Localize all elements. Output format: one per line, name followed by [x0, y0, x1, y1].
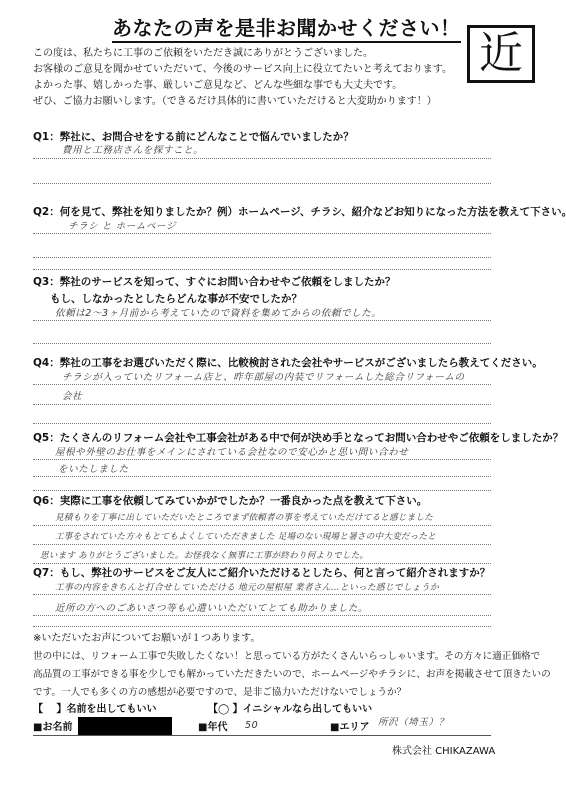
question-2-label: Q2：何を見て、弊社を知りましたか？例）ホームページ、チラシ、紹介などお知りにな… [33, 205, 566, 219]
option-name-checkbox[interactable]: 【 】名前を出してもいい [33, 703, 156, 716]
question-5-label: Q5：たくさんのリフォーム会社や工事会社がある中で何が決め手となってお問い合わせ… [33, 431, 563, 445]
request-note: ※いただいたお声についてお願いが１つあります。 [33, 632, 260, 645]
answer-rule [33, 459, 491, 460]
request-text-line: 世の中には、リフォーム工事で失敗したくない！と思っている方がたくさんいらっしゃい… [33, 650, 540, 663]
question-7-label: Q7：もし、弊社のサービスをご友人にご紹介いただけるとしたら、何と言って紹介され… [33, 566, 490, 580]
answer-rule [33, 233, 491, 234]
name-field-redacted [78, 717, 172, 735]
answer-1-line: 費用と工務店さんを探すこと。 [62, 145, 203, 157]
company-logo: 近 [467, 25, 535, 83]
logo-kanji: 近 [479, 32, 523, 76]
answer-6-line: 工事をされていた方々もとてもよくしていただきました 足場のない現場と暑さの中大変… [55, 531, 436, 543]
answer-3-line: 依頼は2〜3ヶ月前から考えていたので資料を集めてからの依頼でした。 [55, 308, 381, 320]
name-field-label: ■お名前 [33, 721, 72, 734]
company-name: 株式会社 CHIKAZAWA [392, 742, 495, 757]
area-field-value: 所沢（埼玉）？ [378, 717, 449, 729]
question-1-label: Q1：弊社に、お問合せをする前にどんなことで悩んでいましたか？ [33, 130, 354, 144]
answer-4-line: 会社 [62, 391, 82, 403]
intro-line: この度は、私たちに工事のご依頼をいただき誠にありがとうございました。 [33, 47, 373, 60]
answer-rule [33, 404, 491, 405]
request-text-line: 高品質の工事ができる事を少しでも解かっていただきたいので、ホームページやチラシに… [33, 668, 551, 681]
question-4-label: Q4：弊社の工事をお選びいただく際に、比較検討された会社やサービスがございました… [33, 356, 543, 370]
option-initial-checkbox[interactable]: 【◯ 】イニシャルなら出してもいい [208, 703, 372, 716]
answer-rule [33, 269, 491, 270]
answer-rule [33, 320, 491, 321]
answer-rule [33, 525, 491, 526]
question-6-label: Q6：実際に工事を依頼してみていかがでしたか？一番良かった点を教えて下さい。 [33, 494, 427, 508]
answer-rule [33, 343, 491, 344]
answer-4-line: チラシが入っていたリフォーム店と、昨年部屋の内装でリフォームした総合リフォームの [62, 372, 465, 384]
intro-line: ぜひ、ご協力お願いします。（できるだけ具体的に書いていただけると大変助かります！… [33, 95, 437, 108]
answer-2-line: チラシ と ホームページ [68, 221, 176, 233]
answer-rule [33, 183, 491, 184]
answer-rule [33, 626, 491, 627]
answer-5-line: 屋根や外壁のお仕事をメインにされている会社なので安心かと思い問い合わせ [55, 447, 408, 459]
answer-7-line: 工事の内容をきちんと打合せしていただける 地元の屋根屋 業者さん…といった感じで… [55, 582, 439, 594]
intro-line: よかった事、嬉しかった事、厳しいご意見など、どんな些細な事でも大丈夫です。 [33, 79, 402, 92]
request-text-line: です。一人でも多くの方の感想が必要ですので、是非ご協力いただけないでしょうか？ [33, 686, 406, 699]
answer-rule [33, 615, 491, 616]
answer-6-line: 見積もりを丁寧に出していただいたところでまず依頼者の事を考えていただけてると感じ… [55, 512, 433, 524]
answer-rule [33, 423, 491, 424]
question-3-label: Q3：弊社のサービスを知って、すぐにお問い合わせやご依頼をしましたか？ [33, 275, 396, 289]
fields-underline [33, 735, 491, 736]
question-3-sub: もし、しなかったとしたらどんな事が不安でしたか？ [50, 292, 302, 306]
answer-rule [33, 563, 491, 564]
page-title: あなたの声を是非お聞かせください！ [112, 16, 461, 43]
answer-7-line: 近所の方へのごあいさつ等も心遣いいただいてとても助かりました。 [55, 603, 368, 615]
answer-rule [33, 384, 491, 385]
answer-rule [33, 594, 491, 595]
answer-rule [33, 476, 491, 477]
answer-rule [33, 490, 491, 491]
answer-5-line: をいたしました [58, 464, 129, 476]
age-field-value: 50 [245, 720, 258, 732]
answer-rule [33, 257, 491, 258]
answer-rule [33, 158, 491, 159]
answer-6-line: 思います ありがとうございました。お怪我なく無事に工事が終わり何よりでした。 [40, 550, 368, 562]
answer-rule [33, 544, 491, 545]
area-field-label: ■エリア [330, 721, 369, 734]
age-field-label: ■年代 [198, 721, 227, 734]
intro-line: お客様のご意見を聞かせていただいて、今後のサービス向上に役立てたいと考えておりま… [33, 63, 452, 76]
